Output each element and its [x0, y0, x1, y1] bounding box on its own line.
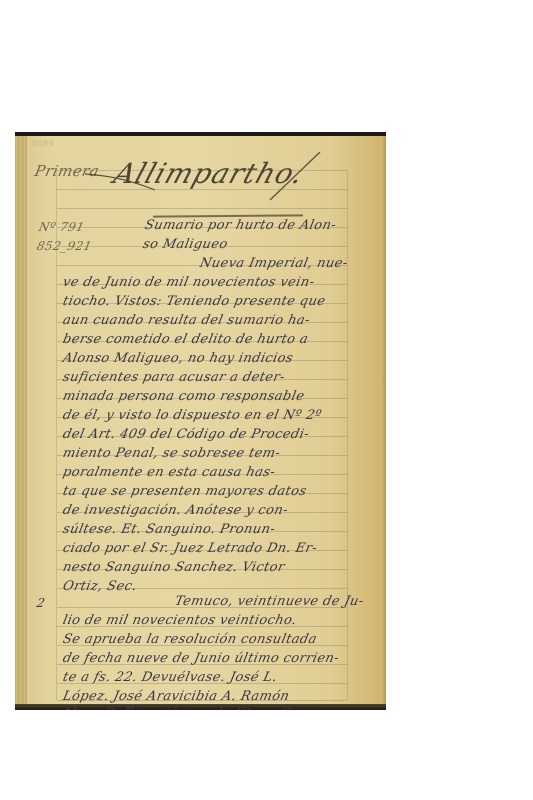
entry-title-line-2: so Maligueo — [141, 237, 229, 252]
second-body-line: te a fs. 22. Devuélvase. José L. — [61, 670, 278, 685]
body-line: miento Penal, se sobresee tem- — [61, 446, 281, 461]
entry-title-line-1: Sumario por hurto de Alon- — [143, 218, 337, 233]
page-top-edge — [15, 132, 386, 136]
page-edge-right — [380, 136, 386, 704]
body-line: ve de Junio de mil novecientos vein- — [61, 275, 315, 290]
signature: Allimpartho. — [110, 157, 309, 190]
entry-number: Nº 791 — [38, 220, 86, 234]
body-line: minada persona como responsable — [61, 389, 305, 404]
body-line: del Art. 409 del Código de Procedi- — [61, 427, 310, 442]
ledger-page: 8089 — [15, 132, 386, 710]
second-entry-number: 2 — [36, 596, 47, 610]
body-line: berse cometido el delito de hurto a — [61, 332, 309, 347]
body-line: Nueva Imperial, nue- — [198, 256, 349, 271]
rule-line — [57, 208, 347, 209]
body-line: suficientes para acusar a deter- — [61, 370, 286, 385]
body-line: ta que se presenten mayores datos — [61, 484, 308, 499]
second-body-line: López. José Aravicibia A. Ramón — [61, 689, 290, 704]
body-line: ciado por el Sr. Juez Letrado Dn. Er- — [61, 541, 318, 556]
body-line: nesto Sanguino Sanchez. Victor — [61, 560, 286, 575]
body-line: súltese. Et. Sanguino. Pronun- — [61, 522, 276, 537]
entry-range: 852_921 — [36, 239, 94, 253]
second-body-line: Se aprueba la resolución consultada — [61, 632, 318, 647]
body-line: tiocho. Vistos: Teniendo presente que — [61, 294, 327, 309]
body-line: poralmente en esta causa has- — [61, 465, 276, 480]
second-body-line: lio de mil novecientos veintiocho. — [61, 613, 298, 628]
second-body-line: Temuco, veintinueve de Ju- — [173, 594, 365, 609]
body-line: Ortiz, Sec. — [61, 579, 138, 594]
scan-canvas: 8089 — [0, 0, 533, 800]
body-line: de él, y visto lo dispuesto en el Nº 2º — [61, 408, 323, 423]
body-line: aun cuando resulta del sumario ha- — [61, 313, 311, 328]
body-line: Alonso Maligueo, no hay indicios — [61, 351, 294, 366]
page-stack-edge-left — [15, 136, 27, 704]
catalog-stamp: 8089 — [32, 139, 54, 148]
second-body-line: Meza B. Proveído por la Iltma. Corte. — [61, 706, 325, 710]
body-line: de investigación. Anótese y con- — [61, 503, 289, 518]
second-body-line: de fecha nueve de Junio último corrien- — [61, 651, 340, 666]
